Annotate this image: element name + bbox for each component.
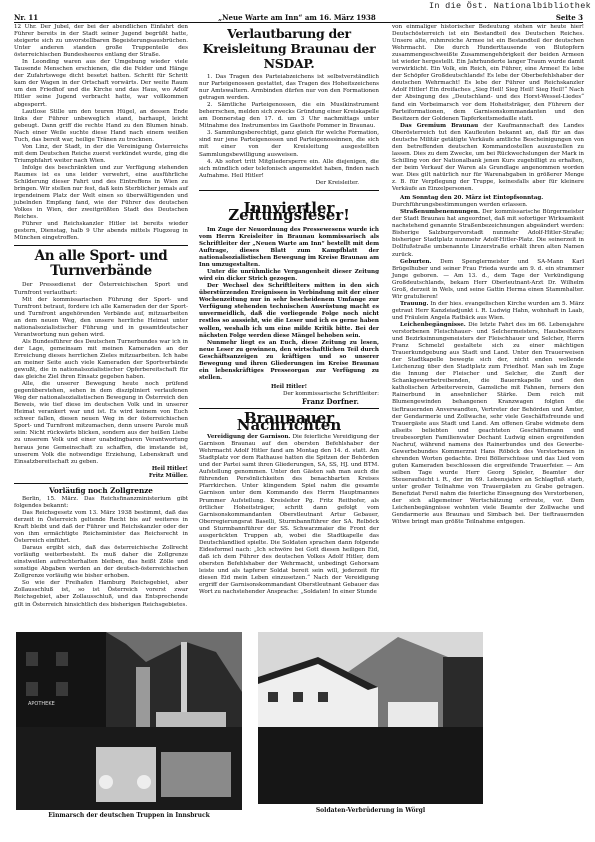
divider xyxy=(14,483,188,484)
article-text: Durchführungsbestimmungen werden erlasse… xyxy=(392,202,584,209)
column-left: 12 Uhr. Der Jubel, der bei der abendlich… xyxy=(14,24,188,609)
issue-number: Nr. 11 xyxy=(14,13,38,22)
signature-name: Franz Dorfner. xyxy=(199,398,379,405)
article-text: 12 Uhr. Der Jubel, der bei der abendlich… xyxy=(14,24,188,59)
headline-zeitungsleser: Innviertler Zeitungsleser! xyxy=(199,205,379,219)
article-text: Mit der kommissarischen Führung der Spor… xyxy=(14,297,188,339)
photo-innsbruck: APOTHEKE xyxy=(16,632,242,810)
headline-braunauer-nachrichten: Braunauer Nachrichten xyxy=(199,415,379,429)
article-text: 4. Ab sofort tritt Mitgliedersperre ein.… xyxy=(199,159,379,180)
article-text: Die letzte Fahrt des im 66. Lebensjahre … xyxy=(392,322,584,525)
article-text: Alle, die unserer Bewegung heute noch pr… xyxy=(14,381,188,466)
page-number: Seite 3 xyxy=(556,13,583,22)
article-text: Berlin, 15. März. Das Reichsfinanzminist… xyxy=(14,496,188,510)
article-text: So wie der Freihafen Hamburg Reichsgebie… xyxy=(14,580,188,608)
item-lead: Geburten. xyxy=(400,259,431,265)
item-lead: Das Gremium Braunau xyxy=(400,123,478,129)
item-lead: Leichenbegängnisse. xyxy=(400,322,466,328)
article-text: Als Bundesführer des Deutschen Turnerbun… xyxy=(14,339,188,381)
article-text: Die feierliche Vereidigung der Garnison … xyxy=(199,434,379,595)
article-text: Daraus ergibt sich, daß das österreichis… xyxy=(14,545,188,580)
signature-kreisleiter: Der Kreisleiter. xyxy=(199,180,379,187)
page-header: Nr. 11 „Neue Warte am Inn“ am 16. März 1… xyxy=(14,10,583,23)
article-text: Von Linz, der Stadt, in der die Vereinig… xyxy=(14,144,188,165)
article-text: In Leonding waren aus der Umgebung wiede… xyxy=(14,59,188,108)
item-lead: Vereidigung der Garnison. xyxy=(207,434,290,440)
column-middle: Verlautbarung der Kreisleitung Braunau d… xyxy=(199,24,379,596)
woergl-photo-illustration xyxy=(258,632,483,804)
signature-name: Fritz Müller. xyxy=(14,473,188,480)
article-text: Nunmehr liegt es an Euch, diese Zeitung … xyxy=(199,340,379,382)
innsbruck-photo-illustration: APOTHEKE xyxy=(16,632,242,810)
divider xyxy=(199,190,379,191)
item-lead: Trauung. xyxy=(400,301,428,307)
article-text: Im Zuge der Neuordnung des Pressewesens … xyxy=(199,227,379,269)
article-text: Der Wechsel des Schriftleiters mitten in… xyxy=(199,283,379,339)
apotheke-sign: APOTHEKE xyxy=(28,701,55,707)
article-text: Der Pressedienst der Österreichischen Sp… xyxy=(14,282,188,296)
article-text: Führer und Reichskanzler Hitler ist bere… xyxy=(14,221,188,242)
notice-eintopfsonntag: Am Sonntag den 20. März ist Eintopfsonnt… xyxy=(392,195,584,202)
headline-kreisleitung: Verlautbarung der Kreisleitung Braunau d… xyxy=(199,26,379,71)
article-text: von einmaliger historischer Bedeutung st… xyxy=(392,24,584,123)
headline-zollgrenze: Vorläufig noch Zollgrenze xyxy=(14,487,188,494)
article-text: 1. Das Tragen des Parteiabzeichens ist s… xyxy=(199,74,379,102)
newspaper-title-date: „Neue Warte am Inn“ am 16. März 1938 xyxy=(218,13,376,22)
signature-greeting: Heil Hitler! xyxy=(14,466,188,473)
article-text: Der kommissarische Bürgermeister der Sta… xyxy=(392,209,584,257)
item-lead: Straßenumbenennungen. xyxy=(400,209,480,215)
article-text: 2. Sämtliche Parteigenossen, die ein Mus… xyxy=(199,102,379,130)
photo-woergl xyxy=(258,632,483,804)
article-text: Lautlose Stille um den teuren Hügel, an … xyxy=(14,109,188,144)
article-text: Dem Spenglermeister und SA-Mann Karl Brü… xyxy=(392,259,584,300)
column-right: von einmaliger historischer Bedeutung st… xyxy=(392,24,584,526)
article-text: der Kaufmannschaft des Landes Oberösterr… xyxy=(392,123,584,192)
article-text: Das Reichsgesetz vom 13. März 1938 besti… xyxy=(14,510,188,545)
article-text: Infolge des beschränkten und zur Verfügu… xyxy=(14,165,188,221)
divider xyxy=(14,245,188,246)
headline-sport: An alle Sport- und Turnverbände xyxy=(14,249,188,279)
article-text: 3. Sammlungsberechtigt, ganz gleich für … xyxy=(199,130,379,158)
signature-greeting: Heil Hitler! xyxy=(199,384,379,391)
article-text: Unter die unrühmliche Vergangenheit dies… xyxy=(199,269,379,283)
photo-caption-innsbruck: Einmarsch der deutschen Truppen in Innsb… xyxy=(16,812,242,819)
photo-caption-woergl: Soldaten-Verbrüderung in Wörgl xyxy=(258,807,483,814)
